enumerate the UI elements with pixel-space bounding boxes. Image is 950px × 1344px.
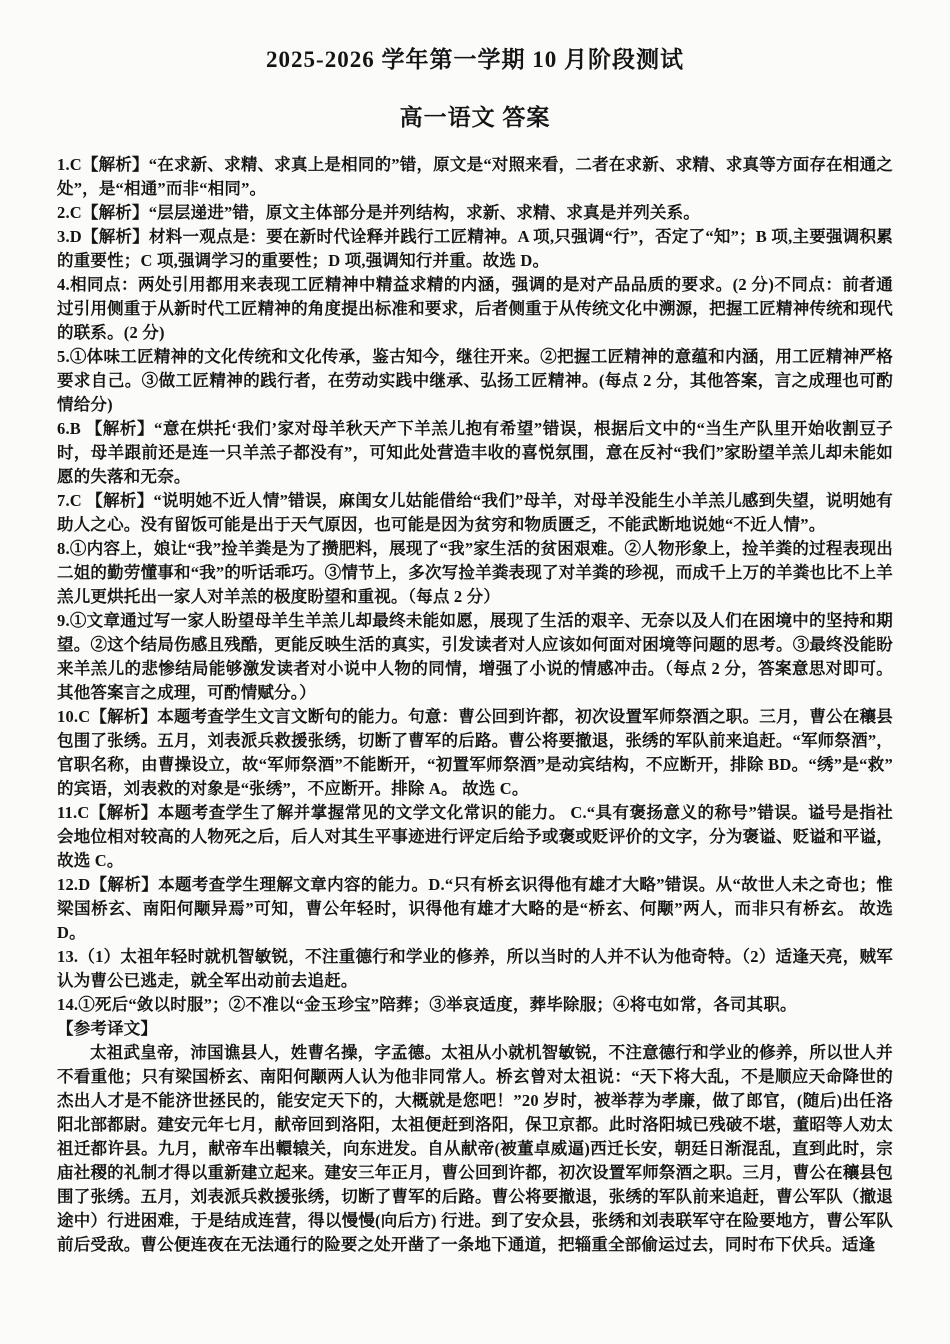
answer-item-12: 12.D【解析】本题考查学生理解文章内容的能力。D.“只有桥玄识得他有雄才大略”… [57, 873, 893, 945]
answer-item-14: 14.①死后“敛以时服”；②不准以“金玉珍宝”陪葬；③举哀适度，葬毕除服；④将屯… [57, 993, 893, 1017]
reference-translation-label: 【参考译文】 [57, 1017, 893, 1041]
exam-title: 2025-2026 学年第一学期 10 月阶段测试 [57, 46, 893, 74]
answer-item-13: 13.（1）太祖年轻时就机智敏锐，不注重德行和学业的修养，所以当时的人并不认为他… [57, 945, 893, 993]
answer-item-5: 5.①体味工匠精神的文化传统和文化传承，鉴古知今，继往开来。②把握工匠精神的意蕴… [57, 345, 893, 417]
document-page: 2025-2026 学年第一学期 10 月阶段测试 高一语文 答案 1.C【解析… [0, 0, 950, 1344]
answer-item-8: 8.①内容上，娘让“我”捡羊粪是为了攒肥料，展现了“我”家生活的贫困艰难。②人物… [57, 537, 893, 609]
answer-item-6: 6.B 【解析】“意在烘托‘我们’家对母羊秋天产下羊羔儿抱有希望”错误，根据后文… [57, 417, 893, 489]
answer-item-9: 9.①文章通过写一家人盼望母羊生羊羔儿却最终未能如愿，展现了生活的艰辛、无奈以及… [57, 609, 893, 705]
answer-item-2: 2.C【解析】“层层递进”错，原文主体部分是并列结构，求新、求精、求真是并列关系… [57, 201, 893, 225]
answer-item-3: 3.D【解析】材料一观点是：要在新时代诠释并践行工匠精神。A 项,只强调“行”，… [57, 225, 893, 273]
answer-item-1: 1.C【解析】“在求新、求精、求真上是相同的”错，原文是“对照来看，二者在求新、… [57, 153, 893, 201]
paper-subtitle: 高一语文 答案 [57, 104, 893, 132]
reference-translation-text: 太祖武皇帝，沛国谯县人，姓曹名操，字孟德。太祖从小就机智敏锐，不注意德行和学业的… [57, 1041, 893, 1257]
answer-item-4: 4.相同点：两处引用都用来表现工匠精神中精益求精的内涵，强调的是对产品品质的要求… [57, 273, 893, 345]
answer-item-7: 7.C 【解析】“说明她不近人情”错误，麻闺女儿姑能借给“我们”母羊，对母羊没能… [57, 489, 893, 537]
answer-item-11: 11.C【解析】本题考查学生了解并掌握常见的文学文化常识的能力。 C.“具有褒扬… [57, 801, 893, 873]
answer-item-10: 10.C【解析】本题考查学生文言文断句的能力。句意：曹公回到许都，初次设置军师祭… [57, 705, 893, 801]
answer-key-body: 1.C【解析】“在求新、求精、求真上是相同的”错，原文是“对照来看，二者在求新、… [57, 153, 893, 1257]
